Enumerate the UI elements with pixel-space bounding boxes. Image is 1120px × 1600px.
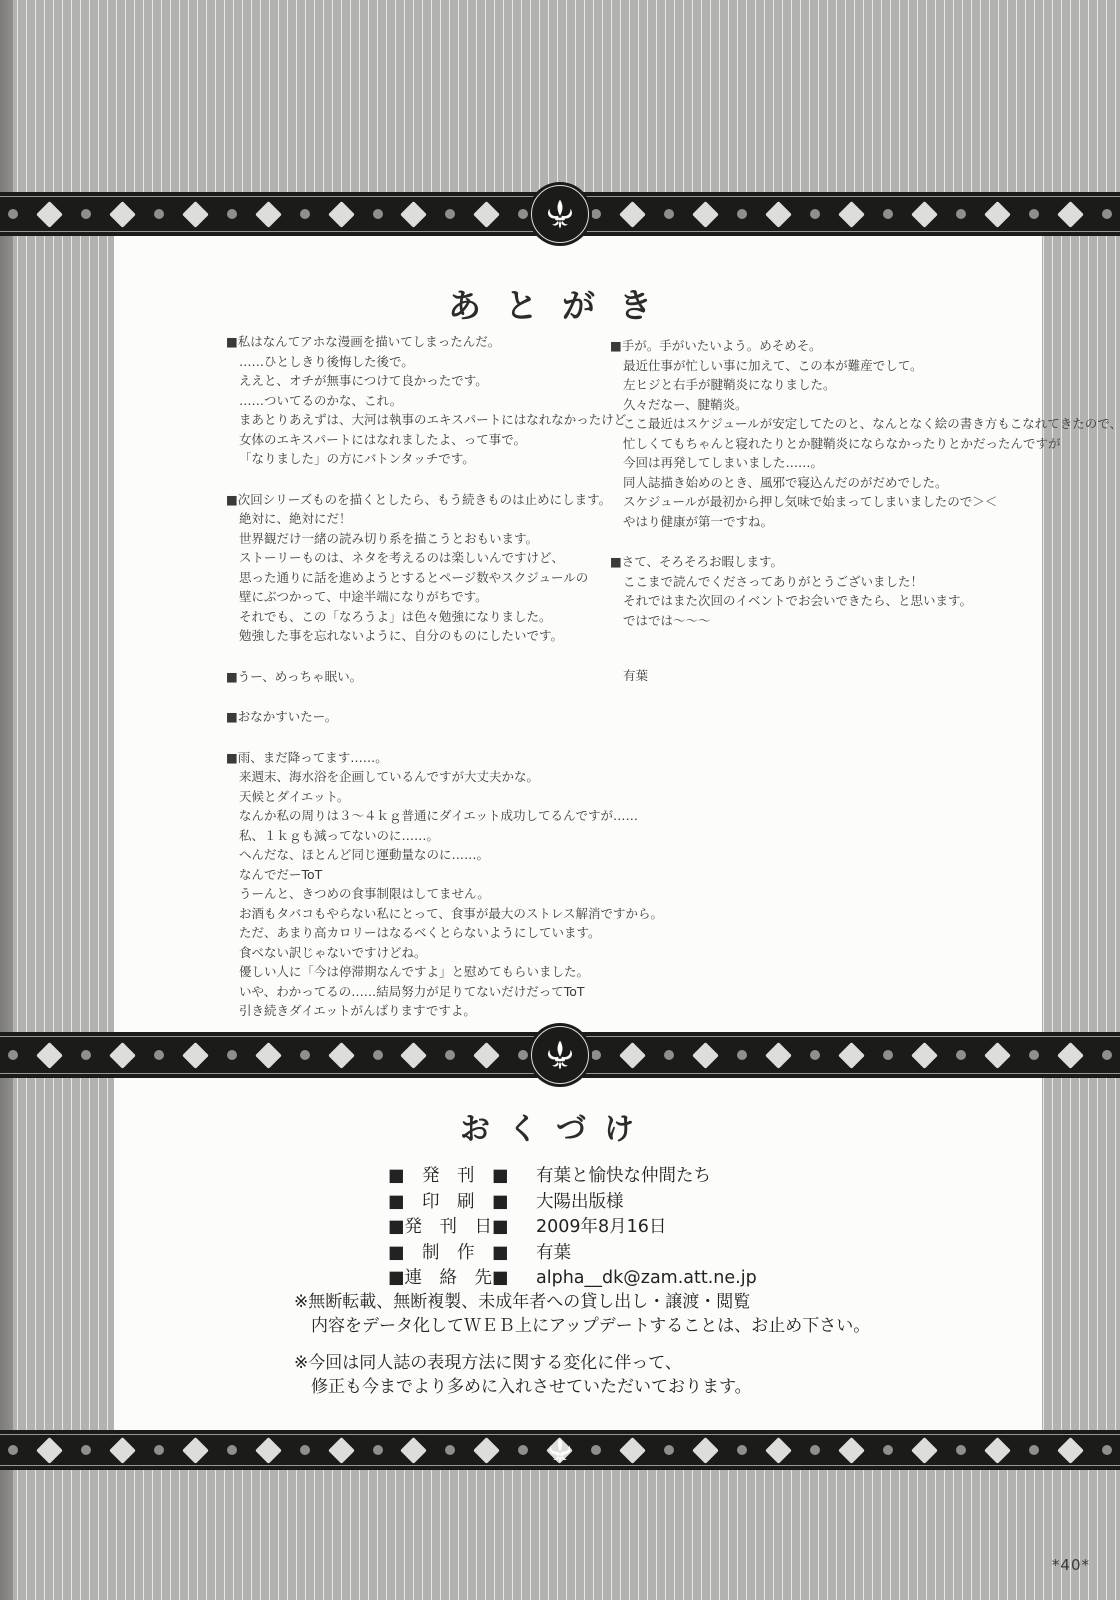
dot-ornament: [154, 209, 164, 219]
colophon-note: ※無断転載、無断複製、未成年者への貸し出し・譲渡・閲覧内容をデータ化してＷＥＢ上…: [294, 1290, 870, 1338]
colophon-row: ■連 絡 先■alpha__dk@zam.att.ne.jp: [388, 1266, 757, 1292]
text-line: 「なりました」の方にバトンタッチです。: [226, 449, 626, 469]
diamond-ornament: [911, 201, 938, 228]
text-line: なんか私の周りは３～４ｋｇ普通にダイエット成功してるんですが……: [226, 806, 626, 826]
fleur-medallion: [528, 182, 592, 246]
ornament-band-bottom: [0, 1430, 1120, 1470]
colophon-row: ■ 印 刷 ■大陽出版様: [388, 1190, 757, 1216]
dot-ornament: [154, 1445, 164, 1455]
diamond-ornament: [36, 1042, 63, 1069]
diamond-ornament: [182, 1437, 209, 1464]
text-line: ■さて、そろそろお暇します。: [610, 552, 1040, 572]
diamond-ornament: [984, 1437, 1011, 1464]
text-line: 引き続きダイエットがんばりますですよ。: [226, 1001, 626, 1021]
dot-ornament: [300, 209, 310, 219]
text-line: 今回は再発してしまいました……。: [610, 453, 1040, 473]
dot-ornament: [445, 1050, 455, 1060]
colophon-title: おくづけ: [114, 1078, 1042, 1148]
dot-ornament: [1029, 1050, 1039, 1060]
dot-ornament: [883, 1050, 893, 1060]
afterword-left-column: ■私はなんてアホな漫画を描いてしまったんだ。……ひとしきり後悔した後で。ええと、…: [226, 332, 626, 1042]
dot-ornament: [373, 209, 383, 219]
text-line: ※無断転載、無断複製、未成年者への貸し出し・譲渡・閲覧: [294, 1290, 870, 1314]
diamond-ornament: [401, 1437, 428, 1464]
text-line: 優しい人に「今は停滞期なんですよ」と慰めてもらいました。: [226, 962, 626, 982]
text-line: 世界観だけ一緒の読み切り系を描こうとおもいます。: [226, 529, 626, 549]
dot-ornament: [737, 209, 747, 219]
dot-ornament: [883, 1445, 893, 1455]
colophon-row-value: 大陽出版様: [536, 1190, 624, 1216]
diamond-ornament: [765, 1437, 792, 1464]
scanned-doujinshi-page: あとがき ■私はなんてアホな漫画を描いてしまったんだ。……ひとしきり後悔した後で…: [0, 0, 1120, 1600]
fleur-de-lis-icon: [545, 1037, 575, 1073]
text-line: 忙しくてもちゃんと寝れたりとか腱鞘炎にならなかったりとかだったんですが: [610, 434, 1040, 454]
diamond-ornament: [473, 1437, 500, 1464]
diamond-ornament: [692, 201, 719, 228]
dot-ornament: [1102, 209, 1112, 219]
text-line: 女体のエキスパートにはなれましたよ、って事で。: [226, 430, 626, 450]
text-line: 最近仕事が忙しい事に加えて、この本が難産でして。: [610, 356, 1040, 376]
text-block: ■おなかすいたー。: [226, 707, 626, 727]
dot-ornament: [737, 1050, 747, 1060]
text-block: ■雨、まだ降ってます……。来週末、海水浴を企画しているんですが大丈夫かな。天候と…: [226, 748, 626, 1021]
dot-ornament: [518, 209, 528, 219]
colophon-note: ※今回は同人誌の表現方法に関する変化に伴って、修正も今までより多めに入れさせてい…: [294, 1351, 870, 1399]
dot-ornament: [664, 1445, 674, 1455]
diamond-ornament: [984, 201, 1011, 228]
text-line: ……ついてるのかな、これ。: [226, 391, 626, 411]
diamond-ornament: [692, 1042, 719, 1069]
diamond-ornament: [328, 201, 355, 228]
colophon-row: ■ 発 刊 ■有葉と愉快な仲間たち: [388, 1164, 757, 1190]
diamond-ornament: [328, 1042, 355, 1069]
ornament-band-middle: [0, 1032, 1120, 1078]
text-line: ■私はなんてアホな漫画を描いてしまったんだ。: [226, 332, 626, 352]
diamond-ornament: [692, 1437, 719, 1464]
text-block: ■私はなんてアホな漫画を描いてしまったんだ。……ひとしきり後悔した後で。ええと、…: [226, 332, 626, 469]
dot-ornament: [664, 209, 674, 219]
dot-ornament: [81, 1050, 91, 1060]
dot-ornament: [518, 1050, 528, 1060]
text-line: 内容をデータ化してＷＥＢ上にアップデートすることは、お止め下さい。: [294, 1314, 870, 1338]
text-line: 私、１ｋｇも減ってないのに……。: [226, 826, 626, 846]
text-line: ■雨、まだ降ってます……。: [226, 748, 626, 768]
text-block: ■次回シリーズものを描くとしたら、もう続きものは止めにします。絶対に、絶対にだ！…: [226, 490, 626, 646]
text-line: 食べない訳じゃないですけどね。: [226, 943, 626, 963]
dot-ornament: [300, 1050, 310, 1060]
diamond-ornament: [619, 1042, 646, 1069]
text-line: それでも、この「なろうよ」は色々勉強になりました。: [226, 607, 626, 627]
dot-ornament: [227, 209, 237, 219]
diamond-ornament: [109, 201, 136, 228]
colophon-row: ■発 刊 日■2009年8月16日: [388, 1215, 757, 1241]
colophon-row-label: ■ 制 作 ■: [388, 1241, 516, 1267]
diamond-ornament: [1057, 1437, 1084, 1464]
colophon-row-value: 有葉と愉快な仲間たち: [536, 1164, 711, 1190]
text-line: 思った通りに話を進めようとするとページ数やスクジュールの: [226, 568, 626, 588]
text-line: 修正も今までより多めに入れさせていただいております。: [294, 1375, 870, 1399]
text-line: 壁にぶつかって、中途半端になりがちです。: [226, 587, 626, 607]
page-number: *40*: [1052, 1556, 1090, 1574]
diamond-ornament: [619, 201, 646, 228]
dot-ornament: [300, 1445, 310, 1455]
diamond-ornament: [401, 1042, 428, 1069]
dot-ornament: [956, 209, 966, 219]
diamond-ornament: [911, 1437, 938, 1464]
dot-ornament: [956, 1050, 966, 1060]
colophon-row-value: 有葉: [536, 1241, 571, 1267]
colophon-row-label: ■連 絡 先■: [388, 1266, 516, 1292]
dot-ornament: [8, 209, 18, 219]
text-line: 天候とダイエット。: [226, 787, 626, 807]
fleur-de-lis-icon: [545, 196, 575, 232]
dot-ornament: [664, 1050, 674, 1060]
colophon-row-value: alpha__dk@zam.att.ne.jp: [536, 1266, 757, 1292]
text-line: ここ最近はスケジュールが安定してたのと、なんとなく絵の書き方もこなれてきたので、: [610, 414, 1040, 434]
text-line: ■うー、めっちゃ眠い。: [226, 667, 626, 687]
text-line: ストーリーものは、ネタを考えるのは楽しいんですけど、: [226, 548, 626, 568]
text-block: ■さて、そろそろお暇します。ここまで読んでくださってありがとうございました！それ…: [610, 552, 1040, 630]
dot-ornament: [8, 1445, 18, 1455]
colophon-rows: ■ 発 刊 ■有葉と愉快な仲間たち■ 印 刷 ■大陽出版様■発 刊 日■2009…: [388, 1164, 757, 1292]
dot-ornament: [737, 1445, 747, 1455]
dot-ornament: [810, 1445, 820, 1455]
dot-ornament: [1102, 1050, 1112, 1060]
text-line: ※今回は同人誌の表現方法に関する変化に伴って、: [294, 1351, 870, 1375]
colophon-row: ■ 制 作 ■有葉: [388, 1241, 757, 1267]
fleur-de-lis-icon: [547, 1434, 573, 1466]
text-line: ではでは～～～: [610, 611, 1040, 631]
diamond-ornament: [328, 1437, 355, 1464]
text-line: スケジュールが最初から押し気味で始まってしまいましたので＞＜: [610, 492, 1040, 512]
dot-ornament: [445, 1445, 455, 1455]
dot-ornament: [1102, 1445, 1112, 1455]
signature-block: 有葉: [610, 666, 1040, 686]
dot-ornament: [8, 1050, 18, 1060]
dot-ornament: [373, 1050, 383, 1060]
text-line: 有葉: [610, 666, 1040, 686]
dot-ornament: [227, 1445, 237, 1455]
colophon-row-label: ■ 発 刊 ■: [388, 1164, 516, 1190]
dot-ornament: [591, 1445, 601, 1455]
scan-edge-strip: [0, 0, 13, 1600]
dot-ornament: [154, 1050, 164, 1060]
diamond-ornament: [838, 1437, 865, 1464]
dot-ornament: [445, 209, 455, 219]
text-line: まあとりあえずは、大河は執事のエキスパートにはなれなかったけど: [226, 410, 626, 430]
text-line: 勉強した事を忘れないように、自分のものにしたいです。: [226, 626, 626, 646]
text-block: ■うー、めっちゃ眠い。: [226, 667, 626, 687]
diamond-ornament: [255, 1042, 282, 1069]
text-line: 同人誌描き始めのとき、風邪で寝込んだのがだめでした。: [610, 473, 1040, 493]
diamond-ornament: [838, 201, 865, 228]
text-line: うーんと、きつめの食事制限はしてません。: [226, 884, 626, 904]
dot-ornament: [81, 209, 91, 219]
text-line: それではまた次回のイベントでお会いできたら、と思います。: [610, 591, 1040, 611]
text-line: やはり健康が第一ですね。: [610, 512, 1040, 532]
afterword-right-column: ■手が。手がいたいよう。めそめそ。最近仕事が忙しい事に加えて、この本が難産でして…: [610, 336, 1040, 707]
dot-ornament: [810, 1050, 820, 1060]
diamond-ornament: [838, 1042, 865, 1069]
text-line: ただ、あまり高カロリーはなるべくとらないようにしています。: [226, 923, 626, 943]
diamond-ornament: [473, 201, 500, 228]
diamond-ornament: [255, 1437, 282, 1464]
text-line: お酒もタバコもやらない私にとって、食事が最大のストレス解消ですから。: [226, 904, 626, 924]
dot-ornament: [1029, 1445, 1039, 1455]
colophon-row-label: ■発 刊 日■: [388, 1215, 516, 1241]
text-line: ここまで読んでくださってありがとうございました！: [610, 572, 1040, 592]
dot-ornament: [1029, 209, 1039, 219]
ornament-band-top: [0, 192, 1120, 236]
diamond-ornament: [473, 1042, 500, 1069]
dot-ornament: [956, 1445, 966, 1455]
afterword-section: あとがき ■私はなんてアホな漫画を描いてしまったんだ。……ひとしきり後悔した後で…: [114, 236, 1042, 1032]
diamond-ornament: [109, 1042, 136, 1069]
dot-ornament: [810, 209, 820, 219]
diamond-ornament: [182, 1042, 209, 1069]
dot-ornament: [883, 209, 893, 219]
diamond-ornament: [109, 1437, 136, 1464]
diamond-ornament: [401, 201, 428, 228]
dot-ornament: [518, 1445, 528, 1455]
dot-ornament: [373, 1445, 383, 1455]
colophon-notes: ※無断転載、無断複製、未成年者への貸し出し・譲渡・閲覧内容をデータ化してＷＥＢ上…: [294, 1290, 870, 1412]
text-line: ■次回シリーズものを描くとしたら、もう続きものは止めにします。: [226, 490, 626, 510]
diamond-ornament: [36, 201, 63, 228]
text-line: ……ひとしきり後悔した後で。: [226, 352, 626, 372]
dot-ornament: [81, 1445, 91, 1455]
diamond-ornament: [255, 201, 282, 228]
text-line: 絶対に、絶対にだ！: [226, 509, 626, 529]
diamond-ornament: [619, 1437, 646, 1464]
dot-ornament: [227, 1050, 237, 1060]
text-line: 左ヒジと右手が腱鞘炎になりました。: [610, 375, 1040, 395]
text-block: ■手が。手がいたいよう。めそめそ。最近仕事が忙しい事に加えて、この本が難産でして…: [610, 336, 1040, 531]
text-line: ■おなかすいたー。: [226, 707, 626, 727]
text-line: なんでだーToT: [226, 865, 626, 885]
colophon-row-value: 2009年8月16日: [536, 1215, 666, 1241]
text-line: へんだな、ほとんど同じ運動量なのに……。: [226, 845, 626, 865]
text-line: 来週末、海水浴を企画しているんですが大丈夫かな。: [226, 767, 626, 787]
diamond-ornament: [1057, 1042, 1084, 1069]
diamond-ornament: [1057, 201, 1084, 228]
diamond-ornament: [911, 1042, 938, 1069]
text-line: いや、わかってるの……結局努力が足りてないだけだってToT: [226, 982, 626, 1002]
diamond-ornament: [765, 1042, 792, 1069]
text-line: 久々だなー、腱鞘炎。: [610, 395, 1040, 415]
dot-ornament: [591, 209, 601, 219]
diamond-ornament: [36, 1437, 63, 1464]
text-line: ええと、オチが無事につけて良かったです。: [226, 371, 626, 391]
diamond-ornament: [984, 1042, 1011, 1069]
dot-ornament: [591, 1050, 601, 1060]
diamond-ornament: [765, 201, 792, 228]
colophon-row-label: ■ 印 刷 ■: [388, 1190, 516, 1216]
fleur-medallion: [528, 1023, 592, 1087]
afterword-columns: ■私はなんてアホな漫画を描いてしまったんだ。……ひとしきり後悔した後で。ええと、…: [114, 236, 1042, 1032]
colophon-section: おくづけ ■ 発 刊 ■有葉と愉快な仲間たち■ 印 刷 ■大陽出版様■発 刊 日…: [114, 1078, 1042, 1430]
text-line: ■手が。手がいたいよう。めそめそ。: [610, 336, 1040, 356]
diamond-ornament: [182, 201, 209, 228]
